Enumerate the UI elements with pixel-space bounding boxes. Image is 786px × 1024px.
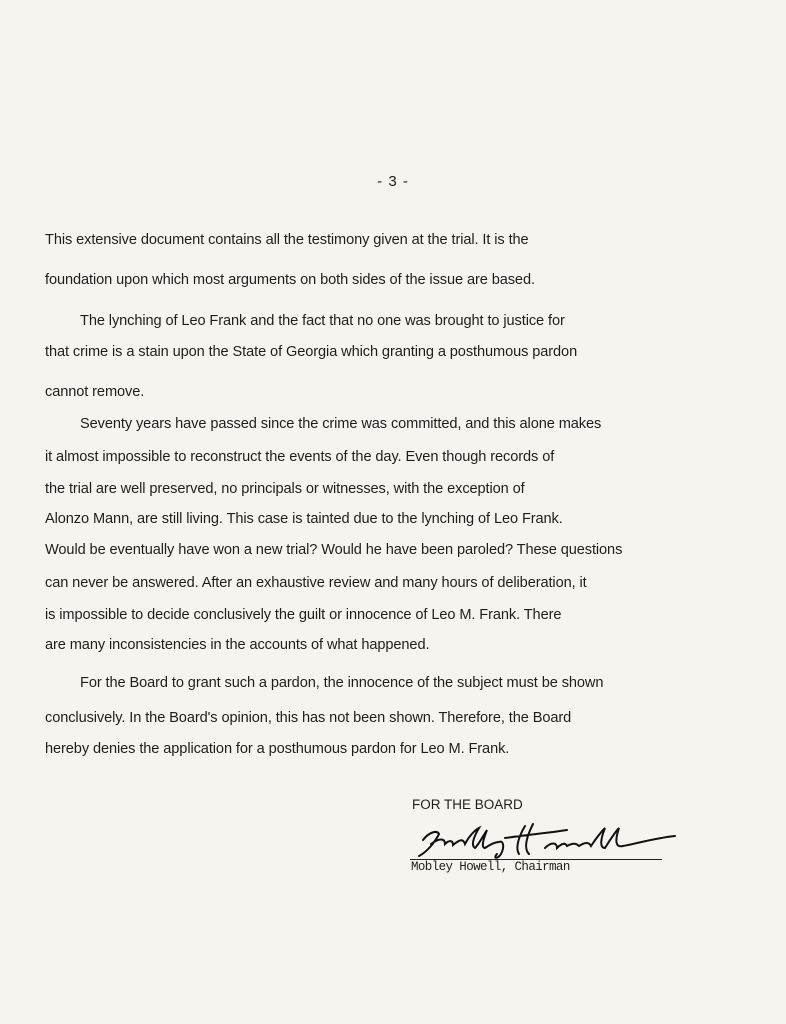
page-number: - 3 -: [0, 173, 786, 190]
text-line: Alonzo Mann, are still living. This case…: [45, 511, 563, 527]
text-line: For the Board to grant such a pardon, th…: [80, 675, 603, 691]
text-line: foundation upon which most arguments on …: [45, 272, 535, 288]
document-page: - 3 - This extensive document contains a…: [0, 0, 786, 1024]
text-line: are many inconsistencies in the accounts…: [45, 637, 429, 653]
text-line: The lynching of Leo Frank and the fact t…: [80, 313, 565, 329]
text-line: Seventy years have passed since the crim…: [80, 416, 601, 432]
text-line: cannot remove.: [45, 384, 144, 400]
text-line: hereby denies the application for a post…: [45, 741, 509, 757]
text-line: that crime is a stain upon the State of …: [45, 344, 577, 360]
closing-line: FOR THE BOARD: [412, 797, 523, 812]
text-line: it almost impossible to reconstruct the …: [45, 449, 554, 465]
handwritten-signature: [405, 818, 680, 863]
text-line: is impossible to decide conclusively the…: [45, 607, 561, 623]
text-line: conclusively. In the Board's opinion, th…: [45, 710, 571, 726]
text-line: the trial are well preserved, no princip…: [45, 481, 525, 497]
signer-name: Mobley Howell, Chairman: [411, 860, 570, 874]
text-line: can never be answered. After an exhausti…: [45, 575, 587, 591]
text-line: This extensive document contains all the…: [45, 232, 529, 248]
text-line: Would be eventually have won a new trial…: [45, 542, 622, 558]
